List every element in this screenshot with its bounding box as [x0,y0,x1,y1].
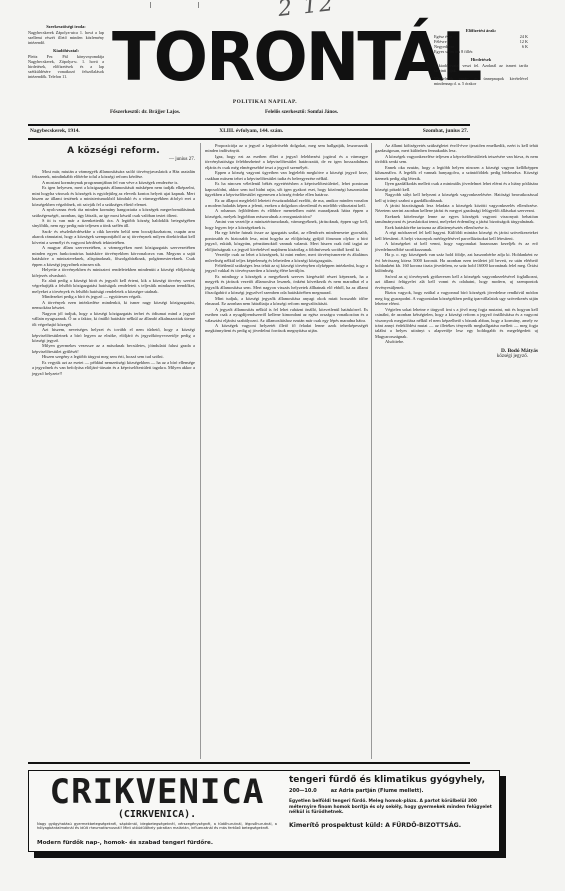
paragraph: Az állami költségvetés szükségletei évrő… [375,143,538,154]
ad-description: Egyetlen belföldi tengeri fürdő. Meleg h… [289,799,494,816]
editorial-office-heading: Szerkesztőségi iroda: [28,24,104,29]
paragraph: Azt hiszem, nevetséges helyzet és tovább… [32,327,195,343]
paragraph: Most már, miután a vármegyék államosítás… [32,169,195,180]
publisher-heading: Kiadóhivatal: [28,48,104,53]
paragraph: Es igen helyesen, mert a közigazgatás ál… [32,185,195,207]
ad-details: tengeri fürdő és klimatikus gyógyhely, 2… [289,775,494,829]
paragraph: Alsóittebe. [375,339,538,344]
ad-brand-alt-name: (CIRKVENICA). [37,809,277,820]
paragraph: A nyolcvanas évek óta minden kormány han… [32,207,195,218]
paragraph: Ilyen gazdálkodás mellett csak a minimál… [375,181,538,192]
paragraph: A jegyzőt államosítás nélkül is fel lehe… [205,307,368,323]
paragraph: A községeket rá kell venni, hogy vagyonu… [375,241,538,252]
issue-divider [28,138,470,140]
paragraph: Nagyon jól tudjuk, hogy a községi köziga… [32,311,195,327]
column-divider [200,143,201,759]
editorial-office-text: Nagybecskerek Zápolya-utca 1. hová a lap… [28,30,104,45]
scan-mark [198,2,199,8]
price-value: 6 K [522,44,528,49]
paragraph: A rohamos fejlődésben és előbbre menetel… [205,208,368,219]
issue-date: Szombat, junius 27. [423,128,468,134]
paragraph: Ha p. o. egy községnek van száz hold föl… [375,252,538,274]
publisher-text: Pleitz Fer. Pál könyvnyomdája Nagybecske… [28,54,104,79]
scan-mark [150,2,151,8]
single-copy-price: Egyes szám ára 8 fillér. [434,49,528,54]
paragraph: Propozíciója az a jegyző a legüdvösebb d… [205,143,368,154]
paragraph: Vezetője csak az lehet a községnek, ki m… [205,252,368,263]
editor-in-chief: Főszerkesztő: dr. Brájjer Lajos. [110,109,180,115]
paragraph: Biztos vagyok, hogy ezáltal a vagyonnal … [375,290,538,306]
ad-call-to-action: Kimerítő prospektust küld: A FÜRDŐ-BIZOT… [289,822,494,829]
paragraph: Ennek oka ezután, hogy a legtöbb helyen … [375,165,538,181]
paragraph: A községek vagyoni helyzetét illető fő f… [205,323,368,334]
article-column-2: Propozíciója az a jegyző a legüdvösebb d… [205,143,368,334]
ad-location-code: 200—10.0 [289,788,317,794]
newspaper-page: 2 12 Szerkesztőségi iroda: Nagybecskerek… [0,0,565,891]
paragraph: Milyen gyermekes vezessze az a másoknak … [32,343,195,354]
paragraph: Es vegyük azt az esetet — például nemzet… [32,360,195,376]
advertising-heading: Hirdetések [434,57,528,62]
paragraph: Ha egy kézbe futnak össze az igazgatás s… [205,230,368,252]
paragraph: A községek vagyonkezelése teljesen a kép… [375,154,538,165]
newspaper-title: TORONTÁL [112,16,420,100]
article-column-1: A községi reform. — junius 27. Most már,… [32,143,195,376]
ad-facilities: Modern fürdők nap-, homok- és szabad ten… [37,840,277,846]
paragraph: Igaz, hogy ezt az esetben élhet a jegyző… [205,154,368,170]
paragraph: Végtelen sokat lehetne e tárgyról írni s… [375,307,538,340]
publication-schedule: Megjelenik vasár- és ünnepnapok kivételé… [434,76,528,86]
newspaper-subtitle: POLITIKAI NAPILAP. [200,99,330,105]
paragraph: Es minthogy a községek a megyéknek szerv… [205,274,368,296]
paragraph: S itt is van már a tizenkettedik óra. A … [32,218,195,229]
responsible-editor: Felelős szerkesztő: Somfai János. [265,109,338,115]
subscription-heading: Előfizetési árak: [434,28,528,33]
ad-headline: tengeri fürdő és klimatikus gyógyhely, [289,775,494,786]
paragraph: Amint van vezetője a minisztériumoknak, … [205,219,368,230]
paragraph: Szóval az uj törvénynek gyökeresen kell … [375,274,538,290]
paragraph: Ezeknek kötelessége lenne az egyes közsé… [375,214,538,225]
paragraph: Nagyobb súlyt kell helyezni a községek v… [375,192,538,203]
article-title: A községi reform. [32,149,195,154]
paragraph: Eppen a község vagyoni ügyeiben van legj… [205,170,368,181]
subscription-box: Előfizetési árak: Egész évre 24 K Félévr… [434,28,528,89]
ad-location-text: az Adria partján (Fiume mellett). [331,788,424,794]
editorial-office-box: Szerkesztőségi iroda: Nagybecskerek Zápo… [28,24,104,82]
paragraph: Ez alatt pedig a községi bírót és jegyző… [32,278,195,294]
ad-indications: Nagy gyógyhatású gyermekbetegségeknél, s… [37,822,277,831]
article-end-divider [28,762,470,764]
issue-line: Nagybecskerek, 1914. XLIII. évfolyam, 14… [30,128,468,134]
paragraph: Ez az állapot megfelelő lehetett évszáza… [205,198,368,209]
paragraph: A régi módszerrel fel kell hagyni. Külfö… [375,230,538,241]
issue-place-year: Nagybecskerek, 1914. [30,128,80,134]
paragraph: Helyette a törvényekben és miniszteri re… [32,267,195,278]
advertising-text: a kiadóhivatal veszi fel. Azoknál az ism… [434,63,528,73]
paragraph: Es ha nincsen véletlenül békés egyetérté… [205,181,368,197]
author-title: községi jegyző. [375,354,538,359]
paragraph: Mint tudjuk, a községi jegyzők államosít… [205,296,368,307]
column-divider [371,143,372,759]
paragraph: Feltétlenül szükséges lesz tehát az uj k… [205,263,368,274]
article-column-3: Az állami költségvetés szükségletei évrő… [375,143,538,360]
ad-brand-name: CRIKVENICA [37,773,277,811]
paragraph: A járási bizottságnak lesz feladata a kö… [375,203,538,214]
crikvenica-advertisement: CRIKVENICA (CIRKVENICA). Nagy gyógyhatás… [28,770,500,852]
paragraph: Saok- és részletkérdésekbe a cikk kereté… [32,229,195,245]
ad-location: 200—10.0 az Adria partján (Fiume mellett… [289,788,494,794]
article-dateline: — junius 27. [32,157,195,162]
paragraph: A törvények ezen intézkedése mindenkit, … [32,300,195,311]
issue-volume: XLIII. évfolyam, 144. szám. [219,128,283,134]
paragraph: A magyar állam szervezetében, a vármegyé… [32,245,195,267]
masthead-divider [28,124,470,126]
